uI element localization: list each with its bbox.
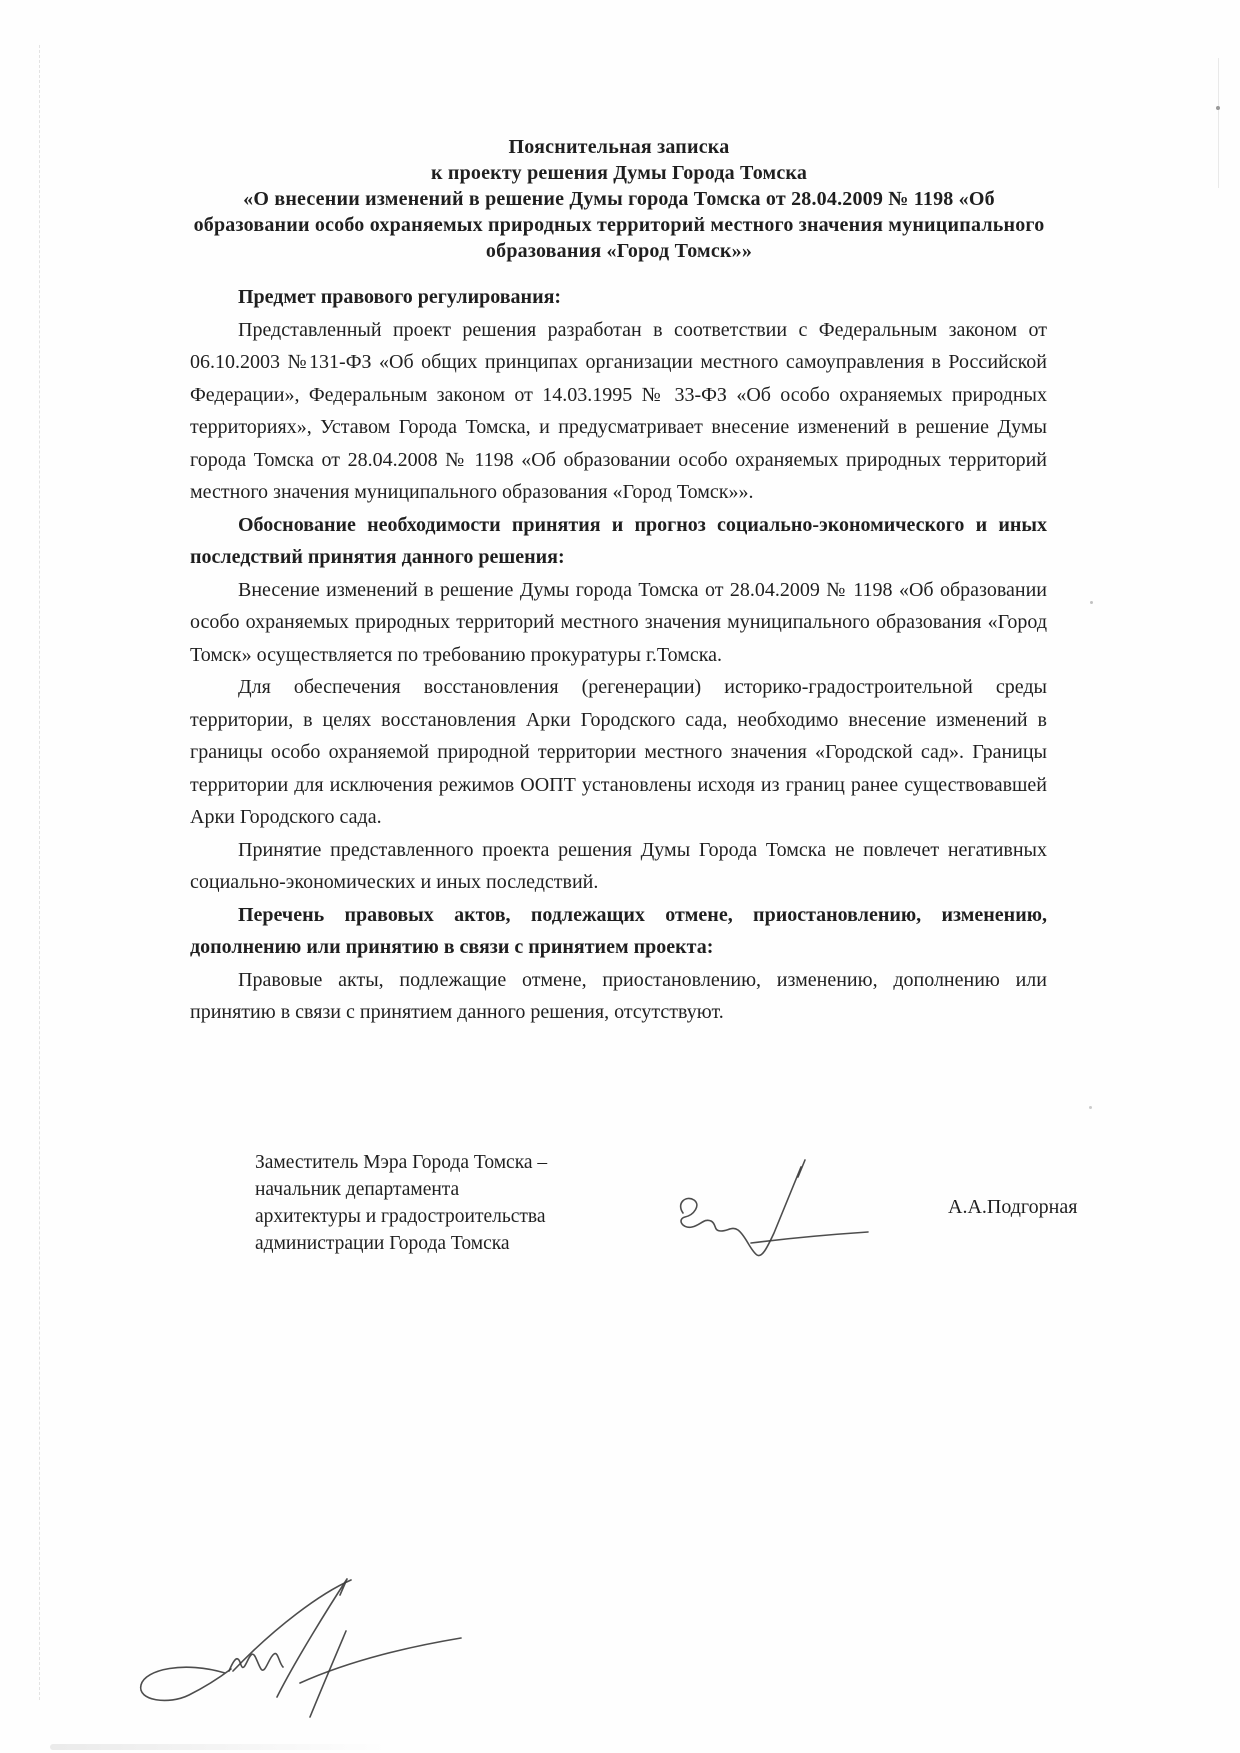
title-line: «О внесении изменений в решение Думы гор…: [190, 186, 1048, 264]
section-heading: Обоснование необходимости принятия и про…: [190, 509, 1047, 574]
body-paragraph: Внесение изменений в решение Думы города…: [190, 574, 1047, 672]
scan-bottom-smudge: [50, 1744, 390, 1750]
section-heading: Предмет правового регулирования:: [190, 281, 1047, 314]
document-body: Предмет правового регулирования: Предста…: [190, 281, 1047, 1029]
signatory-position: Заместитель Мэра Города Томска – начальн…: [255, 1149, 675, 1257]
scan-edge-line-right: [1218, 58, 1219, 188]
scan-speck: [1216, 106, 1220, 110]
title-line: к проекту решения Думы Города Томска: [190, 160, 1048, 186]
signatory-position-line: архитектуры и градостроительства: [255, 1203, 675, 1230]
signature-scribble-icon: [658, 1155, 883, 1273]
body-paragraph: Правовые акты, подлежащие отмене, приост…: [190, 964, 1047, 1029]
signatory-position-line: администрации Города Томска: [255, 1230, 675, 1257]
body-paragraph: Представленный проект решения разработан…: [190, 314, 1047, 509]
signatory-name: А.А.Подгорная: [948, 1196, 1077, 1219]
scan-speck: [1090, 601, 1093, 604]
scan-edge-line-left: [39, 45, 40, 1700]
scanned-document-page: Пояснительная записка к проекту решения …: [0, 0, 1240, 1753]
signature-scribble-icon: [125, 1565, 475, 1735]
body-paragraph: Для обеспечения восстановления (регенера…: [190, 671, 1047, 834]
title-line: Пояснительная записка: [190, 134, 1048, 160]
section-heading: Перечень правовых актов, подлежащих отме…: [190, 899, 1047, 964]
document-title: Пояснительная записка к проекту решения …: [190, 134, 1048, 264]
signatory-position-line: Заместитель Мэра Города Томска –: [255, 1149, 675, 1176]
signatory-position-line: начальник департамента: [255, 1176, 675, 1203]
body-paragraph: Принятие представленного проекта решения…: [190, 834, 1047, 899]
scan-speck: [1089, 1106, 1092, 1109]
